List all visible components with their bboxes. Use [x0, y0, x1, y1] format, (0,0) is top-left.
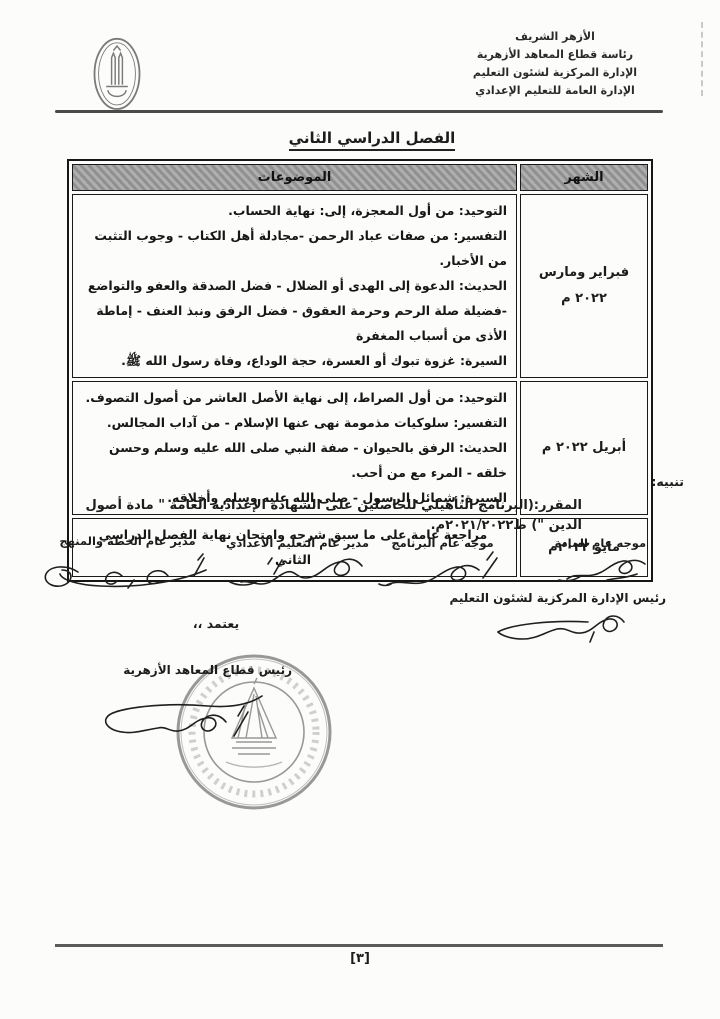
- month-column-header: الشهر: [520, 164, 648, 191]
- page-title: الفصل الدراسي الثاني: [289, 129, 456, 151]
- page-title-wrap: الفصل الدراسي الثاني: [252, 128, 492, 151]
- notice-text: المقرر:(البرنامج التأهيلي للحاصلين على ا…: [58, 496, 582, 536]
- header-divider-rule: [55, 110, 663, 113]
- notice-label: تنبيه:: [651, 474, 684, 489]
- topic-line: التوحيد: من أول الصراط، إلى نهاية الأصل …: [79, 385, 507, 410]
- table-row: أبريل ٢٠٢٢ م التوحيد: من أول الصراط، إلى…: [72, 381, 648, 515]
- signatory-title-plan-curriculum-director: مدير عام الخطة والمنهج: [55, 534, 200, 548]
- page-number: [٣]: [0, 951, 720, 966]
- page-edge-dashes: [701, 22, 703, 96]
- table-row: فبراير ومارس ٢٠٢٢ م التوحيد: من أول المع…: [72, 194, 648, 378]
- letterhead-line: رئاسة قطاع المعاهد الأزهرية: [460, 46, 650, 64]
- footer-rule: [55, 944, 663, 947]
- signature-program-supervisor: [375, 546, 507, 592]
- topic-line: التفسير: من صفات عباد الرحمن -مجادلة أهل…: [79, 223, 507, 273]
- topics-cell: التوحيد: من أول الصراط، إلى نهاية الأصل …: [72, 381, 517, 515]
- topic-line: الحديث: الرفق بالحيوان - صفة النبي صلى ا…: [79, 435, 507, 485]
- letterhead-line: الإدارة العامة للتعليم الإعدادي: [460, 82, 650, 100]
- topic-line: الحديث: الدعوة إلى الهدى أو الضلال - فضل…: [79, 273, 507, 348]
- month-cell: فبراير ومارس ٢٠٢٢ م: [520, 194, 648, 378]
- signature-subject-supervisor: [545, 550, 657, 592]
- signature-chief-education-admin: [492, 608, 638, 654]
- signatory-title-subject-supervisor: موجه عام المادة: [538, 536, 663, 550]
- letterhead-line: الأزهر الشريف: [460, 28, 650, 46]
- signature-prep-education-director: [222, 548, 372, 594]
- table-header-row: الشهر الموضوعات: [72, 164, 648, 191]
- sector-head-title: رئيس قطاع المعاهد الأزهرية: [110, 663, 292, 677]
- signature-sector-head: [98, 678, 270, 742]
- azhar-emblem-logo: [90, 34, 144, 112]
- letterhead: الأزهر الشريف رئاسة قطاع المعاهد الأزهري…: [460, 28, 650, 100]
- topic-line: السيرة: غزوة تبوك أو العسرة، حجة الوداع،…: [79, 348, 507, 373]
- letterhead-line: الإدارة المركزية لشئون التعليم: [460, 64, 650, 82]
- topics-column-header: الموضوعات: [72, 164, 517, 191]
- approval-word: يعتمد ،،: [178, 616, 254, 631]
- topic-line: التوحيد: من أول المعجزة، إلى: نهاية الحس…: [79, 198, 507, 223]
- topics-cell: التوحيد: من أول المعجزة، إلى: نهاية الحس…: [72, 194, 517, 378]
- signature-plan-curriculum-director: [38, 550, 210, 596]
- month-cell: أبريل ٢٠٢٢ م: [520, 381, 648, 515]
- topic-line: التفسير: سلوكيات مذمومة نهى عنها الإسلام…: [79, 410, 507, 435]
- chief-education-admin-title: رئيس الإدارة المركزية لشئون التعليم: [450, 591, 666, 605]
- scanned-document-page: الأزهر الشريف رئاسة قطاع المعاهد الأزهري…: [0, 0, 720, 1019]
